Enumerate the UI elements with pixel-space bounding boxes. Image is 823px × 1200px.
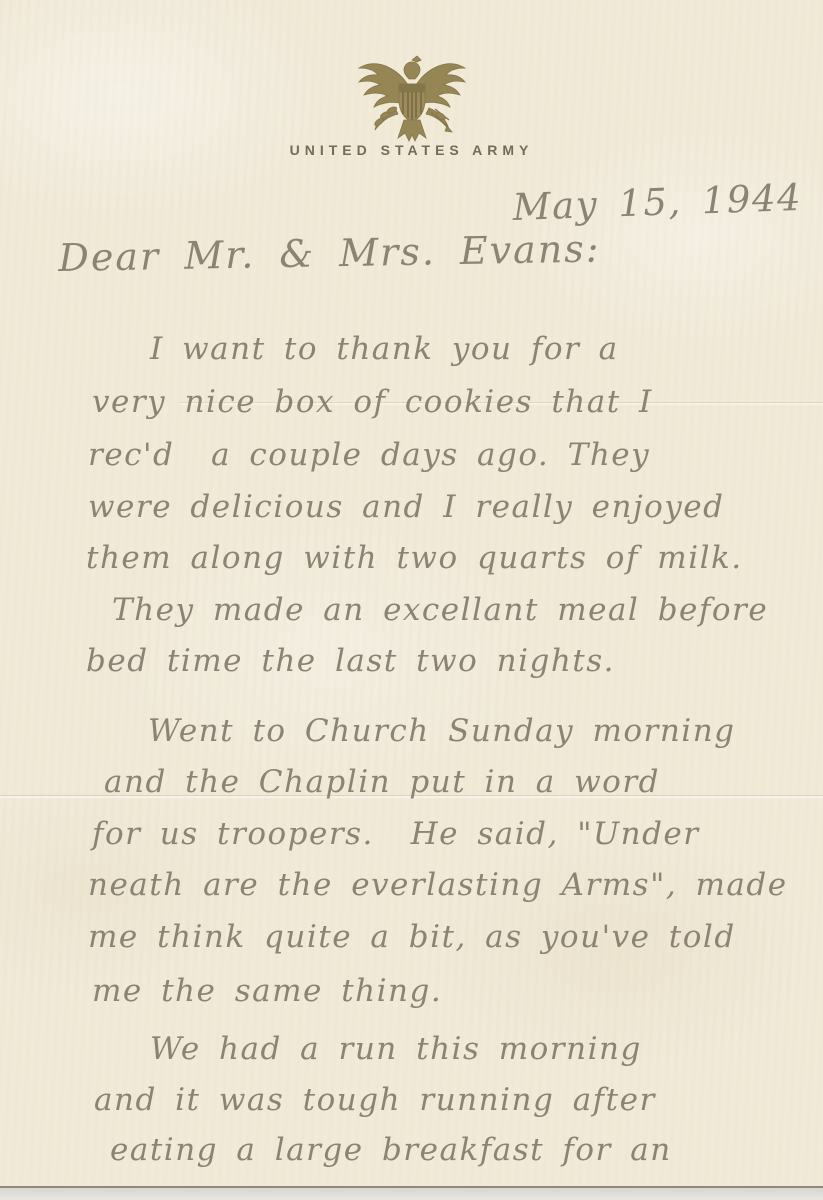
letter-line: very nice box of cookies that I	[92, 384, 653, 420]
letter-line: They made an excellant meal before	[112, 592, 768, 628]
letter-line: for us troopers. He said, "Under	[92, 816, 700, 852]
letter-line: and it was tough running after	[94, 1082, 656, 1118]
letter-date: May 15, 1944	[512, 176, 803, 229]
letter-line: bed time the last two nights.	[86, 643, 615, 679]
letter-line: me think quite a bit, as you've told	[88, 919, 736, 955]
letter-line: them along with two quarts of milk.	[86, 540, 743, 576]
scan-background-strip	[0, 1188, 823, 1200]
letter-line: rec'd a couple days ago. They	[88, 437, 650, 473]
letter-line: and the Chaplin put in a word	[104, 764, 660, 800]
us-army-eagle-crest-icon	[351, 52, 473, 149]
letter-line: Went to Church Sunday morning	[148, 713, 736, 749]
letter-line: were delicious and I really enjoyed	[88, 489, 724, 525]
letter-line: We had a run this morning	[150, 1031, 642, 1067]
letter-line: me the same thing.	[92, 973, 442, 1009]
stationery-title: UNITED STATES ARMY	[0, 142, 823, 158]
letter-line: I want to thank you for a	[150, 331, 619, 367]
letter-paper: UNITED STATES ARMY May 15, 1944 Dear Mr.…	[0, 0, 823, 1188]
letter-salutation: Dear Mr. & Mrs. Evans:	[58, 227, 601, 280]
army-eagle-emblem	[0, 52, 823, 149]
letter-line: eating a large breakfast for an	[110, 1132, 672, 1168]
letter-line: neath are the everlasting Arms", made	[88, 867, 788, 903]
